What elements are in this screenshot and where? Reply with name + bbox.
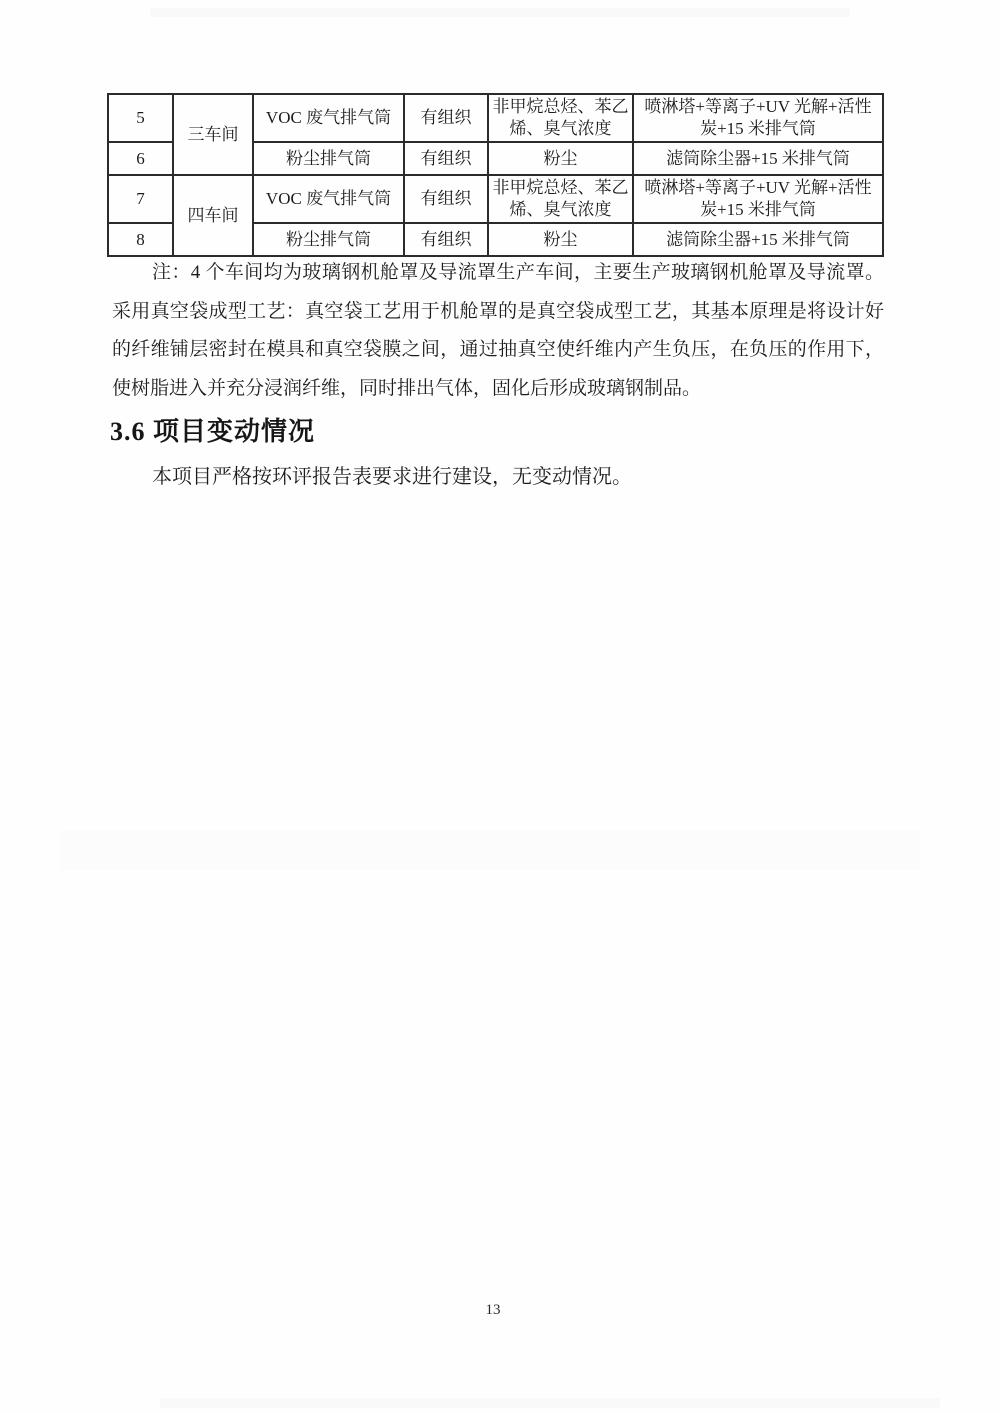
cell-pollutants: 非甲烷总烃、苯乙烯、臭气浓度 (488, 94, 633, 142)
cell-row-number: 5 (108, 94, 173, 142)
section-paragraph: 本项目严格按环评报告表要求进行建设，无变动情况。 (112, 458, 884, 496)
cell-outlet: VOC 废气排气筒 (253, 94, 404, 142)
scan-artifact-middle (60, 830, 920, 870)
scan-artifact-bottom (160, 1398, 940, 1408)
cell-treatment: 喷淋塔+等离子+UV 光解+活性炭+15 米排气筒 (633, 94, 883, 142)
cell-organized-type: 有组织 (404, 175, 488, 223)
scan-artifact-top (150, 8, 850, 17)
table-note: 注：4 个车间均为玻璃钢机舱罩及导流罩生产车间，主要生产玻璃钢机舱罩及导流罩。采… (112, 254, 884, 408)
cell-outlet: 粉尘排气筒 (253, 142, 404, 175)
cell-row-number: 8 (108, 223, 173, 256)
cell-treatment: 喷淋塔+等离子+UV 光解+活性炭+15 米排气筒 (633, 175, 883, 223)
cell-treatment: 滤筒除尘器+15 米排气筒 (633, 223, 883, 256)
cell-organized-type: 有组织 (404, 223, 488, 256)
cell-workshop-3: 三车间 (173, 94, 253, 175)
section-heading-3-6: 3.6 项目变动情况 (110, 414, 315, 450)
cell-pollutants: 粉尘 (488, 223, 633, 256)
emission-outlets-table: 5 三车间 VOC 废气排气筒 有组织 非甲烷总烃、苯乙烯、臭气浓度 喷淋塔+等… (107, 93, 884, 257)
cell-pollutants: 非甲烷总烃、苯乙烯、臭气浓度 (488, 175, 633, 223)
cell-row-number: 6 (108, 142, 173, 175)
cell-pollutants: 粉尘 (488, 142, 633, 175)
cell-organized-type: 有组织 (404, 94, 488, 142)
cell-row-number: 7 (108, 175, 173, 223)
cell-outlet: 粉尘排气筒 (253, 223, 404, 256)
cell-treatment: 滤筒除尘器+15 米排气筒 (633, 142, 883, 175)
cell-workshop-4: 四车间 (173, 175, 253, 256)
cell-organized-type: 有组织 (404, 142, 488, 175)
document-page: 5 三车间 VOC 废气排气筒 有组织 非甲烷总烃、苯乙烯、臭气浓度 喷淋塔+等… (0, 0, 1000, 1413)
table-row-5: 5 三车间 VOC 废气排气筒 有组织 非甲烷总烃、苯乙烯、臭气浓度 喷淋塔+等… (108, 94, 883, 142)
page-number: 13 (0, 1302, 986, 1319)
cell-outlet: VOC 废气排气筒 (253, 175, 404, 223)
table-row-7: 7 四车间 VOC 废气排气筒 有组织 非甲烷总烃、苯乙烯、臭气浓度 喷淋塔+等… (108, 175, 883, 223)
